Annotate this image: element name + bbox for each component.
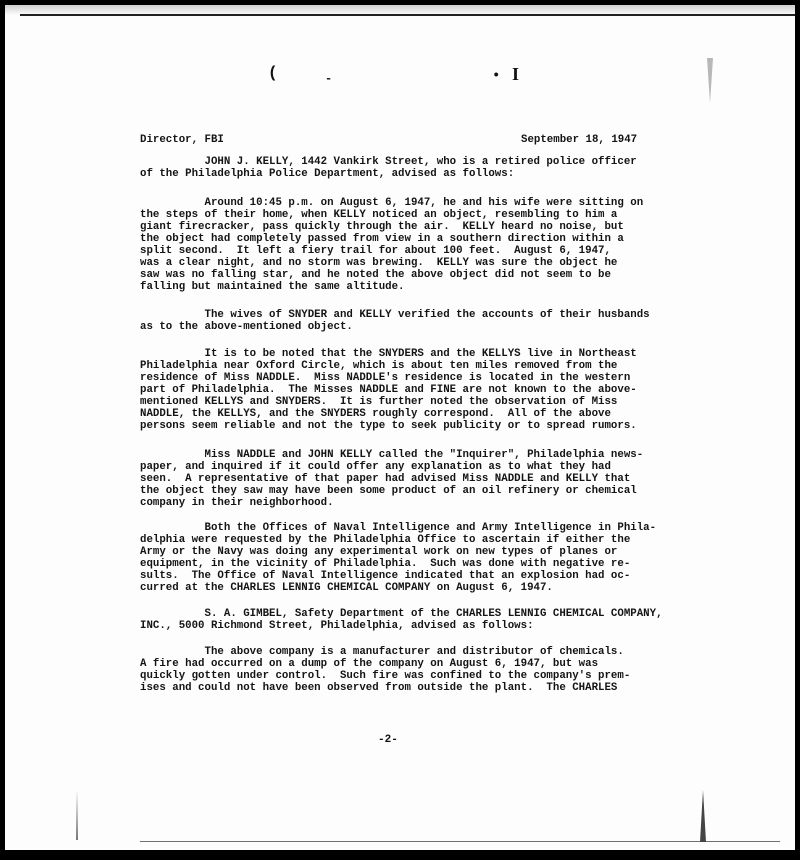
text-line: The above company is a manufacturer and … — [140, 646, 624, 658]
text-line: JOHN J. KELLY, 1442 Vankirk Street, who … — [140, 156, 637, 168]
text-line: was a clear night, and no storm was brew… — [140, 257, 617, 269]
text-line: NADDLE, the KELLYS, and the SNYDERS roug… — [140, 408, 611, 420]
text-line: company in their neighborhood. — [140, 497, 334, 509]
page-number: -2- — [378, 734, 398, 746]
text-line: the steps of their home, when KELLY noti… — [140, 209, 617, 221]
text-line: equipment, in the vicinity of Philadelph… — [140, 558, 630, 570]
text-line: as to the above-mentioned object. — [140, 321, 353, 333]
punch-mark-left: ( — [268, 64, 278, 82]
text-line: seen. A representative of that paper had… — [140, 473, 630, 485]
text-line: The wives of SNYDER and KELLY verified t… — [140, 309, 650, 321]
fold-mark-bottom-left — [76, 790, 78, 840]
text-line: giant firecracker, pass quickly through … — [140, 221, 624, 233]
text-line: mentioned KELLYS and SNYDERS. It is furt… — [140, 396, 617, 408]
text-line: A fire had occurred on a dump of the com… — [140, 658, 598, 670]
scan-top-edge — [20, 14, 795, 16]
text-line: It is to be noted that the SNYDERS and t… — [140, 348, 637, 360]
text-line: paper, and inquired if it could offer an… — [140, 461, 611, 473]
text-line: Army or the Navy was doing any experimen… — [140, 546, 617, 558]
text-line: INC., 5000 Richmond Street, Philadelphia… — [140, 620, 534, 632]
text-line: Around 10:45 p.m. on August 6, 1947, he … — [140, 197, 643, 209]
scan-bottom-edge — [140, 841, 780, 842]
text-line: split second. It left a fiery trail for … — [140, 245, 611, 257]
text-line: of the Philadelphia Police Department, a… — [140, 168, 514, 180]
addressee: Director, FBI — [140, 134, 224, 146]
text-line: falling but maintained the same altitude… — [140, 281, 405, 293]
punch-mark-dot: • — [492, 68, 500, 84]
text-line: S. A. GIMBEL, Safety Department of the C… — [140, 608, 663, 620]
text-line: part of Philadelphia. The Misses NADDLE … — [140, 384, 637, 396]
text-line: residence of Miss NADDLE. Miss NADDLE's … — [140, 372, 630, 384]
fold-mark-top-right — [707, 58, 713, 103]
text-line: Philadelphia near Oxford Circle, which i… — [140, 360, 617, 372]
text-line: quickly gotten under control. Such fire … — [140, 670, 630, 682]
text-line: the object had completely passed from vi… — [140, 233, 624, 245]
text-line: curred at the CHARLES LENNIG CHEMICAL CO… — [140, 582, 553, 594]
text-line: Both the Offices of Naval Intelligence a… — [140, 522, 656, 534]
text-line: saw was no falling star, and he noted th… — [140, 269, 611, 281]
text-line: the object they saw may have been some p… — [140, 485, 637, 497]
text-line: Miss NADDLE and JOHN KELLY called the "I… — [140, 449, 643, 461]
text-line: delphia were requested by the Philadelph… — [140, 534, 630, 546]
punch-mark-dash: - — [325, 72, 332, 86]
punch-mark-bar: I — [512, 64, 519, 85]
letter-date: September 18, 1947 — [521, 134, 637, 146]
fold-mark-bottom-right — [700, 790, 706, 842]
text-line: sults. The Office of Naval Intelligence … — [140, 570, 630, 582]
text-line: persons seem reliable and not the type t… — [140, 420, 637, 432]
text-line: ises and could not have been observed fr… — [140, 682, 617, 694]
